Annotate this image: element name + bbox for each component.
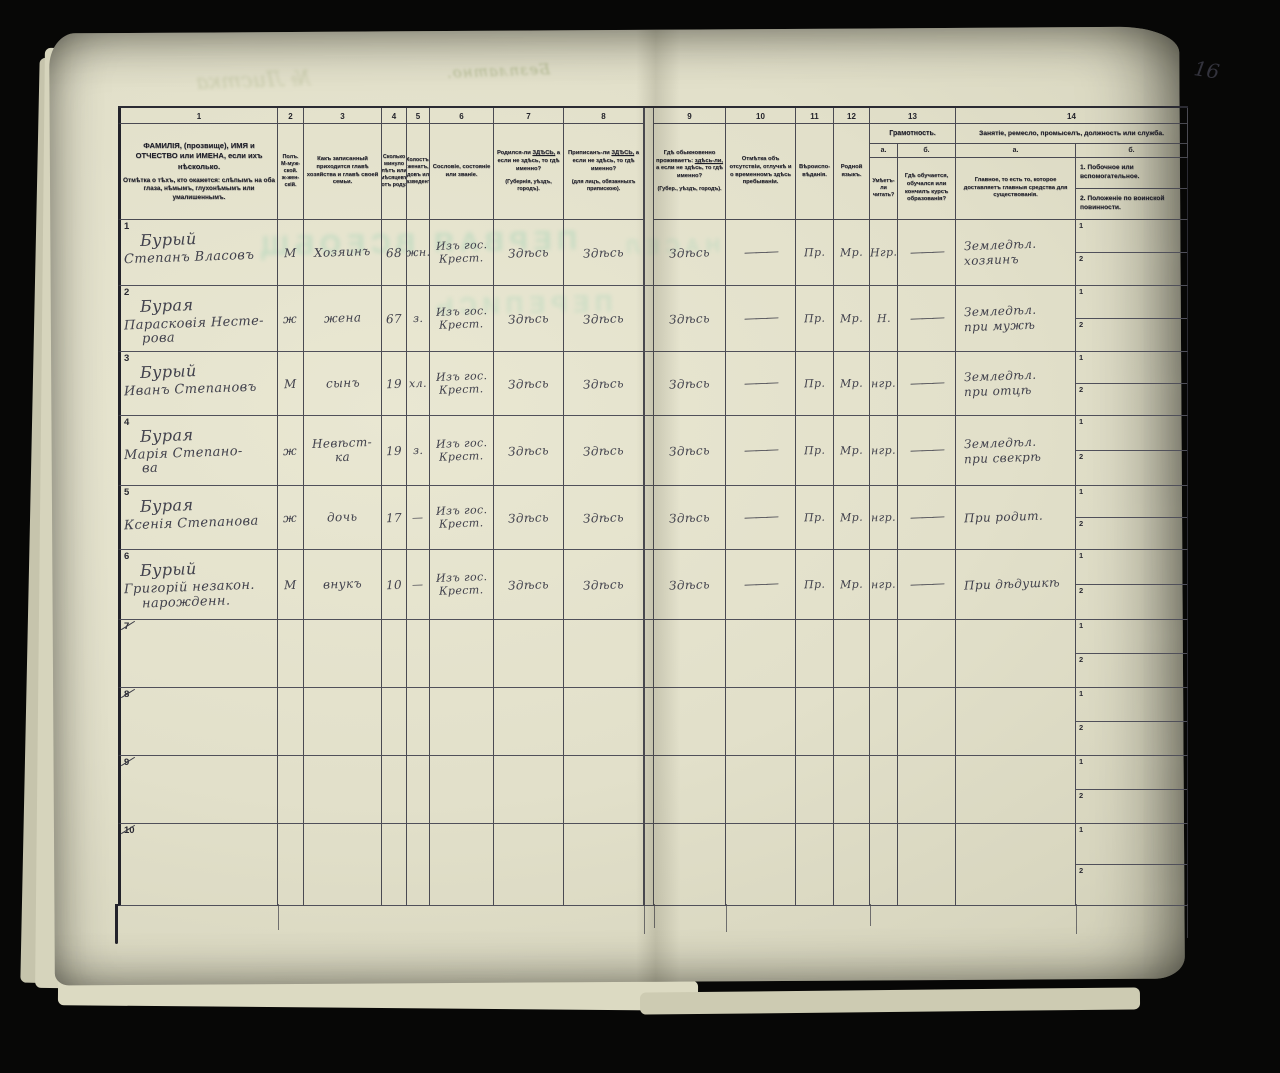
sub-cell-1: 1: [1076, 416, 1187, 451]
cell-relation: Хозяинъ: [304, 220, 382, 286]
cell-residence: [654, 824, 726, 906]
cell-education: ———: [898, 416, 956, 486]
cell-marital: [407, 688, 430, 756]
cell-residence: Здѣсь: [654, 550, 726, 620]
cell-age: [382, 824, 407, 906]
cell-residence: Здѣсь: [654, 352, 726, 416]
page-fold-gap: [644, 286, 654, 352]
cell-literacy: [870, 620, 898, 688]
cell-name: 10: [118, 824, 278, 906]
header-side-occupation: 1. Побочное или вспомогательное. 2. Поло…: [1076, 158, 1188, 220]
cell-occupation: [956, 756, 1076, 824]
column-number: 5: [407, 108, 430, 124]
cell-language: Мр.: [834, 220, 870, 286]
sublabel-b: б.: [1076, 144, 1188, 158]
cell-education: [898, 824, 956, 906]
table-row: 10 1 2: [118, 824, 1188, 906]
cell-estate: [430, 620, 494, 688]
table-row: 5 Бурая Ксенія Степанова ж дочь 17 — Изъ…: [118, 486, 1188, 550]
cell-language: Мр.: [834, 286, 870, 352]
cell-education: [898, 756, 956, 824]
sub-cell-2: 2: [1076, 451, 1187, 485]
row-number: 9: [124, 757, 129, 768]
page-fold-gap: [644, 824, 654, 906]
header-relation-column: Какъ записанный приходится главѣ хозяйст…: [304, 124, 382, 220]
cell-side-occupation: 1 2: [1076, 416, 1188, 486]
cell-education: ———: [898, 286, 956, 352]
surname-handwritten: Бурая: [140, 495, 194, 516]
cell-occupation: При родит.: [956, 486, 1076, 550]
column-number: 2: [278, 108, 304, 124]
cell-language: [834, 756, 870, 824]
cell-age: 19: [382, 352, 407, 416]
cell-absence: [726, 824, 796, 906]
cell-name: 6 Бурый Григорій незакон. нарожденн.: [118, 550, 278, 620]
cell-birthplace: [494, 688, 564, 756]
page-fold-gap: [644, 124, 654, 220]
header-absence-column: Отмѣтка объ отсутствіи, отлучкѣ и о врем…: [726, 124, 796, 220]
cell-registration: [564, 756, 644, 824]
cell-registration: [564, 824, 644, 906]
cell-occupation: [956, 688, 1076, 756]
cell-birthplace: Здѣсь: [494, 550, 564, 620]
cell-literacy: нгр.: [870, 416, 898, 486]
header-name-note: Отмѣтка о тѣхъ, кто окажется: слѣпымъ на…: [123, 177, 275, 202]
sub-cell-1: 1: [1076, 824, 1187, 865]
sub-cell-1: 1: [1076, 756, 1187, 790]
cell-relation: дочь: [304, 486, 382, 550]
page-fold-gap: [644, 220, 654, 286]
cell-name: 7: [118, 620, 278, 688]
cell-absence: [726, 756, 796, 824]
cell-religion: [796, 824, 834, 906]
cell-age: 67: [382, 286, 407, 352]
header-estate-column: Сословіе, состояніе или званіе.: [430, 124, 494, 220]
table-row: 1 Бурый Степанъ Власовъ М Хозяинъ 68 жн.…: [118, 220, 1188, 286]
cell-literacy: Нгр.: [870, 220, 898, 286]
column-number: 10: [726, 108, 796, 124]
cell-name: 8: [118, 688, 278, 756]
cell-relation: внукъ: [304, 550, 382, 620]
cell-language: Мр.: [834, 352, 870, 416]
cell-residence: Здѣсь: [654, 416, 726, 486]
cell-absence: ———: [726, 416, 796, 486]
sub-cell-1: 1: [1076, 486, 1187, 518]
cell-age: [382, 688, 407, 756]
cell-education: ———: [898, 352, 956, 416]
cell-residence: Здѣсь: [654, 486, 726, 550]
sub-cell-2: 2: [1076, 790, 1187, 823]
cell-age: [382, 756, 407, 824]
row-number: 6: [124, 551, 129, 562]
row-number: 4: [124, 417, 129, 428]
cell-sex: М: [278, 220, 304, 286]
table-row: 8 1 2: [118, 688, 1188, 756]
cell-side-occupation: 1 2: [1076, 550, 1188, 620]
cell-registration: [564, 620, 644, 688]
header-education: Гдѣ обучается, обучался или кончилъ курс…: [898, 158, 956, 220]
cell-relation: [304, 688, 382, 756]
column-number: 3: [304, 108, 382, 124]
cell-age: 17: [382, 486, 407, 550]
sub-cell-2: 2: [1076, 585, 1187, 619]
cell-name: 4 Бурая Марія Степано- ва: [118, 416, 278, 486]
cell-birthplace: Здѣсь: [494, 486, 564, 550]
cell-side-occupation: 1 2: [1076, 352, 1188, 416]
cell-residence: Здѣсь: [654, 286, 726, 352]
cell-estate: Изъ гос. Крест.: [430, 550, 494, 620]
cell-name: 3 Бурый Иванъ Степановъ: [118, 352, 278, 416]
cell-language: [834, 824, 870, 906]
table-row: 4 Бурая Марія Степано- ва ж Невѣст- ка 1…: [118, 416, 1188, 486]
column-number: 9: [654, 108, 726, 124]
table-line-tail: [1187, 904, 1188, 938]
cell-age: 10: [382, 550, 407, 620]
cell-residence: Здѣсь: [654, 220, 726, 286]
cell-absence: ———: [726, 486, 796, 550]
cell-sex: ж: [278, 286, 304, 352]
sub-cell-1: 1: [1076, 286, 1187, 319]
cell-literacy: [870, 824, 898, 906]
cell-occupation: При дѣдушкѣ: [956, 550, 1076, 620]
cell-education: ———: [898, 220, 956, 286]
cell-sex: [278, 620, 304, 688]
cell-relation: Невѣст- ка: [304, 416, 382, 486]
census-table: 1 2 3 4 5 6 7 8 9 10 11 12 13 14 ФАМИЛІЯ…: [118, 106, 1188, 906]
surname-handwritten: Бурая: [140, 295, 194, 316]
cell-marital: —: [407, 486, 430, 550]
table-line-tail: [1076, 904, 1077, 934]
cell-marital: [407, 620, 430, 688]
page-fold-gap: [644, 416, 654, 486]
cell-occupation: Земледѣл. при отцѣ: [956, 352, 1076, 416]
cell-estate: [430, 688, 494, 756]
row-number: 8: [124, 689, 129, 700]
table-body: 1 Бурый Степанъ Власовъ М Хозяинъ 68 жн.…: [118, 220, 1188, 906]
cell-sex: [278, 756, 304, 824]
header-marital-column: Холостъ, женатъ, вдовъ или разведенъ.: [407, 124, 430, 220]
table-row: 2 Бурая Парасковія Несте- рова ж жена 67…: [118, 286, 1188, 352]
cell-age: 19: [382, 416, 407, 486]
table-line-tail: [870, 904, 871, 926]
table-line-tail: [278, 904, 279, 930]
stacked-page-edge: [640, 987, 1140, 1014]
cell-estate: Изъ гос. Крест.: [430, 220, 494, 286]
surname-handwritten: Бурый: [140, 361, 197, 382]
cell-name: 5 Бурая Ксенія Степанова: [118, 486, 278, 550]
cell-literacy: нгр.: [870, 550, 898, 620]
column-number: 7: [494, 108, 564, 124]
page-fold-gap: [644, 352, 654, 416]
page-fold-gap: [644, 756, 654, 824]
cell-marital: з.: [407, 416, 430, 486]
cell-religion: [796, 620, 834, 688]
cell-absence: [726, 688, 796, 756]
sub-cell-1: 1: [1076, 550, 1187, 585]
cell-name: 9: [118, 756, 278, 824]
header-language-column: Родной языкъ.: [834, 124, 870, 220]
table-header: 1 2 3 4 5 6 7 8 9 10 11 12 13 14 ФАМИЛІЯ…: [118, 106, 1188, 220]
cell-relation: сынъ: [304, 352, 382, 416]
cell-religion: Пр.: [796, 286, 834, 352]
cell-registration: Здѣсь: [564, 286, 644, 352]
header-registration-column: Приписанъ-ли ЗДѢСЬ, а если не здѣсь, то …: [564, 124, 644, 220]
sub-cell-1: 1: [1076, 620, 1187, 654]
given-name-handwritten: Ксенія Степанова: [124, 514, 259, 534]
page-fold-gap: [644, 688, 654, 756]
sub-cell-1: 1: [1076, 688, 1187, 722]
sub-cell-2: 2: [1076, 319, 1187, 351]
cell-name: 1 Бурый Степанъ Власовъ: [118, 220, 278, 286]
cell-residence: [654, 756, 726, 824]
table-line-tail: [654, 904, 655, 928]
given-name-handwritten: Степанъ Власовъ: [124, 248, 255, 268]
sublabel-a: а.: [956, 144, 1076, 158]
cell-age: [382, 620, 407, 688]
table-row: 3 Бурый Иванъ Степановъ М сынъ 19 хл. Из…: [118, 352, 1188, 416]
cell-relation: [304, 824, 382, 906]
cell-sex: ж: [278, 486, 304, 550]
sub-cell-2: 2: [1076, 654, 1187, 687]
cell-side-occupation: 1 2: [1076, 620, 1188, 688]
row-number: 1: [124, 221, 129, 232]
column-number: 14: [956, 108, 1188, 124]
cell-estate: [430, 824, 494, 906]
cell-relation: [304, 620, 382, 688]
row-number: 7: [124, 621, 129, 632]
sub-cell-1: 1: [1076, 220, 1187, 253]
cell-birthplace: [494, 620, 564, 688]
cell-side-occupation: 1 2: [1076, 220, 1188, 286]
cell-side-occupation: 1 2: [1076, 756, 1188, 824]
cell-sex: М: [278, 352, 304, 416]
cell-registration: [564, 688, 644, 756]
column-number: 8: [564, 108, 644, 124]
cell-language: Мр.: [834, 550, 870, 620]
cell-marital: жн.: [407, 220, 430, 286]
cell-birthplace: Здѣсь: [494, 416, 564, 486]
cell-side-occupation: 1 2: [1076, 486, 1188, 550]
cell-religion: Пр.: [796, 486, 834, 550]
cell-occupation: Земледѣл. при свекрѣ: [956, 416, 1076, 486]
header-main-occupation: Главное, то есть то, которое доставляетъ…: [956, 158, 1076, 220]
table-row: 7 1 2: [118, 620, 1188, 688]
cell-name: 2 Бурая Парасковія Несте- рова: [118, 286, 278, 352]
cell-marital: [407, 756, 430, 824]
sub-cell-2: 2: [1076, 518, 1187, 549]
surname-handwritten: Бурый: [140, 229, 197, 250]
row-number: 10: [124, 825, 135, 836]
cell-sex: [278, 824, 304, 906]
sub-cell-2: 2: [1076, 384, 1187, 415]
cell-birthplace: [494, 824, 564, 906]
cell-marital: [407, 824, 430, 906]
cell-religion: Пр.: [796, 220, 834, 286]
table-line-tail: [644, 904, 645, 934]
cell-occupation: [956, 824, 1076, 906]
cell-literacy: нгр.: [870, 486, 898, 550]
cell-language: Мр.: [834, 486, 870, 550]
cell-religion: [796, 688, 834, 756]
header-age-column: Сколько минуло лѣтъ или мѣсяцевъ отъ род…: [382, 124, 407, 220]
cell-sex: М: [278, 550, 304, 620]
column-number: 4: [382, 108, 407, 124]
table-line-tail: [726, 904, 727, 932]
table-row: 9 1 2: [118, 756, 1188, 824]
cell-marital: —: [407, 550, 430, 620]
column-number: 11: [796, 108, 834, 124]
page-fold-gap: [644, 108, 654, 124]
column-number: 13: [870, 108, 956, 124]
cell-language: Мр.: [834, 416, 870, 486]
sub-cell-1: 1: [1076, 352, 1187, 384]
surname-handwritten: Бурая: [140, 425, 194, 446]
column-number: 12: [834, 108, 870, 124]
cell-registration: Здѣсь: [564, 486, 644, 550]
cell-registration: Здѣсь: [564, 550, 644, 620]
handwritten-page-number: 16: [1192, 56, 1221, 84]
cell-side-occupation: 1 2: [1076, 688, 1188, 756]
cell-literacy: нгр.: [870, 352, 898, 416]
cell-relation: [304, 756, 382, 824]
cell-age: 68: [382, 220, 407, 286]
page-fold-gap: [644, 620, 654, 688]
sub-cell-2: 2: [1076, 865, 1187, 905]
sub-cell-2: 2: [1076, 722, 1187, 755]
surname-handwritten: Бурый: [140, 559, 197, 580]
header-occupation-group: Занятіе, ремесло, промыселъ, должность и…: [956, 124, 1188, 144]
cell-birthplace: Здѣсь: [494, 286, 564, 352]
given-name-handwritten: Марія Степано-: [124, 444, 243, 463]
name-continuation-handwritten: ва: [142, 461, 159, 477]
cell-side-occupation: 1 2: [1076, 286, 1188, 352]
cell-estate: Изъ гос. Крест.: [430, 416, 494, 486]
cell-absence: ———: [726, 550, 796, 620]
cell-education: ———: [898, 550, 956, 620]
header-name-main: ФАМИЛІЯ, (прозвище), ИМЯ и ОТЧЕСТВО или …: [123, 141, 275, 172]
cell-absence: ———: [726, 220, 796, 286]
cell-relation: жена: [304, 286, 382, 352]
cell-side-occupation: 1 2: [1076, 824, 1188, 906]
cell-absence: ———: [726, 286, 796, 352]
row-number: 5: [124, 487, 129, 498]
cell-residence: [654, 620, 726, 688]
row-number: 3: [124, 353, 129, 364]
cell-residence: [654, 688, 726, 756]
cell-absence: ———: [726, 352, 796, 416]
cell-religion: Пр.: [796, 550, 834, 620]
cell-estate: Изъ гос. Крест.: [430, 486, 494, 550]
name-continuation-handwritten: рова: [142, 330, 176, 346]
header-residence-column: Гдѣ обыкновенно проживаетъ: здѣсь-ли, а …: [654, 124, 726, 220]
name-continuation-handwritten: нарожденн.: [142, 593, 231, 611]
cell-language: [834, 620, 870, 688]
header-birthplace-column: Родился-ли ЗДѢСЬ, а если не здѣсь, то гд…: [494, 124, 564, 220]
cell-education: [898, 688, 956, 756]
cell-birthplace: [494, 756, 564, 824]
cell-marital: з.: [407, 286, 430, 352]
cell-registration: Здѣсь: [564, 220, 644, 286]
header-name-column: ФАМИЛІЯ, (прозвище), ИМЯ и ОТЧЕСТВО или …: [118, 124, 278, 220]
table-row: 6 Бурый Григорій незакон. нарожденн. М в…: [118, 550, 1188, 620]
cell-estate: Изъ гос. Крест.: [430, 352, 494, 416]
cell-religion: Пр.: [796, 416, 834, 486]
sublabel-a: а.: [870, 144, 898, 158]
page-fold-gap: [644, 486, 654, 550]
header-sex-column: Полъ. М-муж- ской. ж-жен- скій.: [278, 124, 304, 220]
header-religion-column: Вѣроиспо- вѣданія.: [796, 124, 834, 220]
given-name-handwritten: Иванъ Степановъ: [124, 380, 257, 400]
cell-language: [834, 688, 870, 756]
header-can-read: Умѣетъ-ли читать?: [870, 158, 898, 220]
cell-estate: Изъ гос. Крест.: [430, 286, 494, 352]
cell-registration: Здѣсь: [564, 352, 644, 416]
photograph-background: { "page_number": "16", "ghosts": { "top"…: [0, 0, 1280, 1073]
cell-birthplace: Здѣсь: [494, 352, 564, 416]
cell-sex: [278, 688, 304, 756]
cell-marital: хл.: [407, 352, 430, 416]
cell-registration: Здѣсь: [564, 416, 644, 486]
cell-education: [898, 620, 956, 688]
sub-cell-2: 2: [1076, 253, 1187, 285]
cell-birthplace: Здѣсь: [494, 220, 564, 286]
cell-sex: ж: [278, 416, 304, 486]
cell-education: ———: [898, 486, 956, 550]
header-literacy-group: Грамотность.: [870, 124, 956, 144]
sublabel-b: б.: [898, 144, 956, 158]
cell-religion: [796, 756, 834, 824]
column-number: 6: [430, 108, 494, 124]
cell-occupation: Земледѣл. при мужѣ: [956, 286, 1076, 352]
cell-estate: [430, 756, 494, 824]
column-number: 1: [118, 108, 278, 124]
page-fold-gap: [644, 550, 654, 620]
cell-religion: Пр.: [796, 352, 834, 416]
cell-occupation: Земледѣл. хозяинъ: [956, 220, 1076, 286]
cell-absence: [726, 620, 796, 688]
cell-literacy: Н.: [870, 286, 898, 352]
cell-literacy: [870, 688, 898, 756]
cell-occupation: [956, 620, 1076, 688]
cell-literacy: [870, 756, 898, 824]
table-line-tail: [115, 904, 118, 944]
row-number: 2: [124, 287, 129, 298]
